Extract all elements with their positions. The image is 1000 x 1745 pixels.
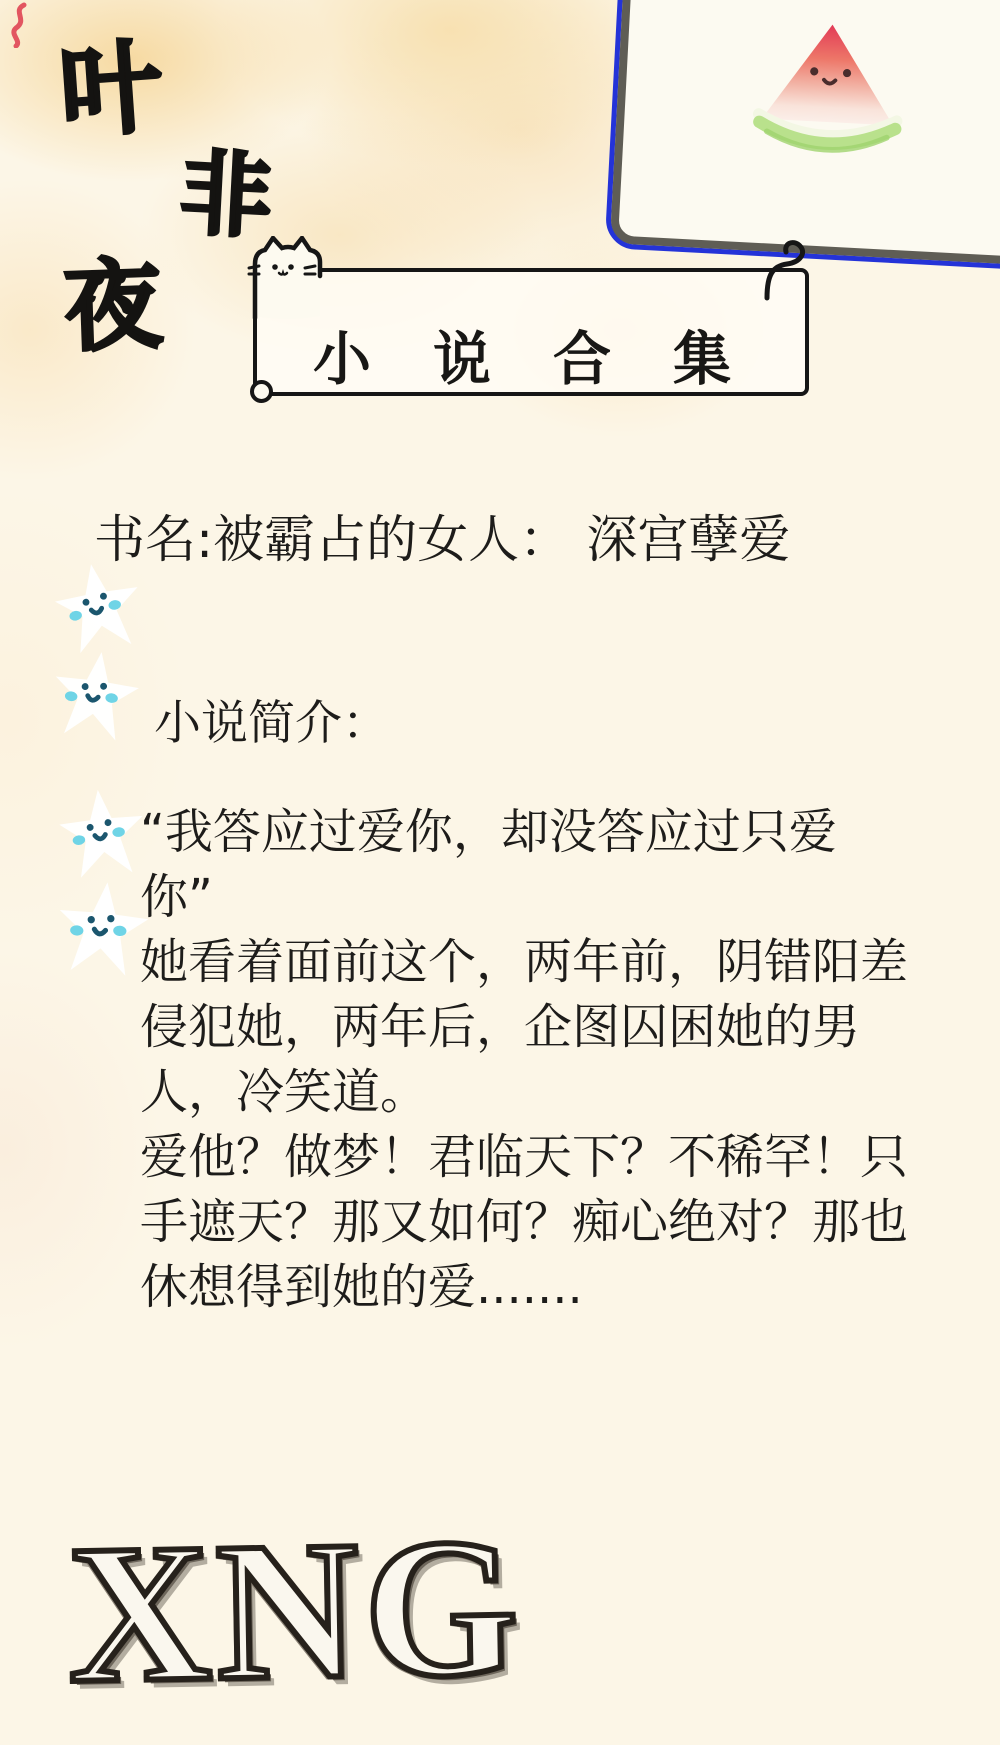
synopsis-heading: 小说简介： [154, 686, 389, 753]
red-squiggle-mark [6, 2, 34, 48]
synopsis-line: “我答应过爱你，却没答应过只爱 [140, 800, 930, 865]
synopsis-line: 爱他？做梦！君临天下？不稀罕！只 [140, 1125, 930, 1190]
synopsis-line: 人，冷笑道。 [140, 1060, 930, 1125]
author-name-char: 夜 [62, 256, 163, 357]
watermelon-card [605, 0, 1000, 272]
star-face-icon [42, 638, 150, 746]
cat-face-icon [247, 236, 335, 322]
star-face-icon [49, 777, 155, 883]
novel-poster: 叶 非 夜 [0, 0, 1000, 1745]
author-name-char: 非 [178, 148, 275, 245]
cat-tail-icon [763, 240, 817, 302]
book-title: 书名:被霸占的女人： 深宫孽爱 [94, 498, 790, 572]
banner-title: 小说合集 [313, 312, 793, 396]
watermelon-card-inner [610, 0, 1000, 266]
synopsis-line: 侵犯她，两年后，企图囚困她的男 [140, 995, 930, 1060]
synopsis-line: 她看着面前这个，两年前，阴错阳差 [140, 930, 930, 995]
banner-box: 小说合集 [253, 268, 809, 396]
synopsis-line: 休想得到她的爱....... [140, 1255, 930, 1320]
logo-xng: XNG [66, 1508, 524, 1714]
watermelon-slice-icon [740, 12, 918, 171]
synopsis-text: “我答应过爱你，却没答应过只爱 你” 她看着面前这个，两年前，阴错阳差 侵犯她，… [140, 800, 930, 1320]
author-name-char: 叶 [57, 37, 166, 146]
cat-paw-icon [250, 380, 273, 403]
synopsis-line: 你” [140, 865, 930, 930]
synopsis-line: 手遮天？那又如何？痴心绝对？那也 [140, 1190, 930, 1255]
